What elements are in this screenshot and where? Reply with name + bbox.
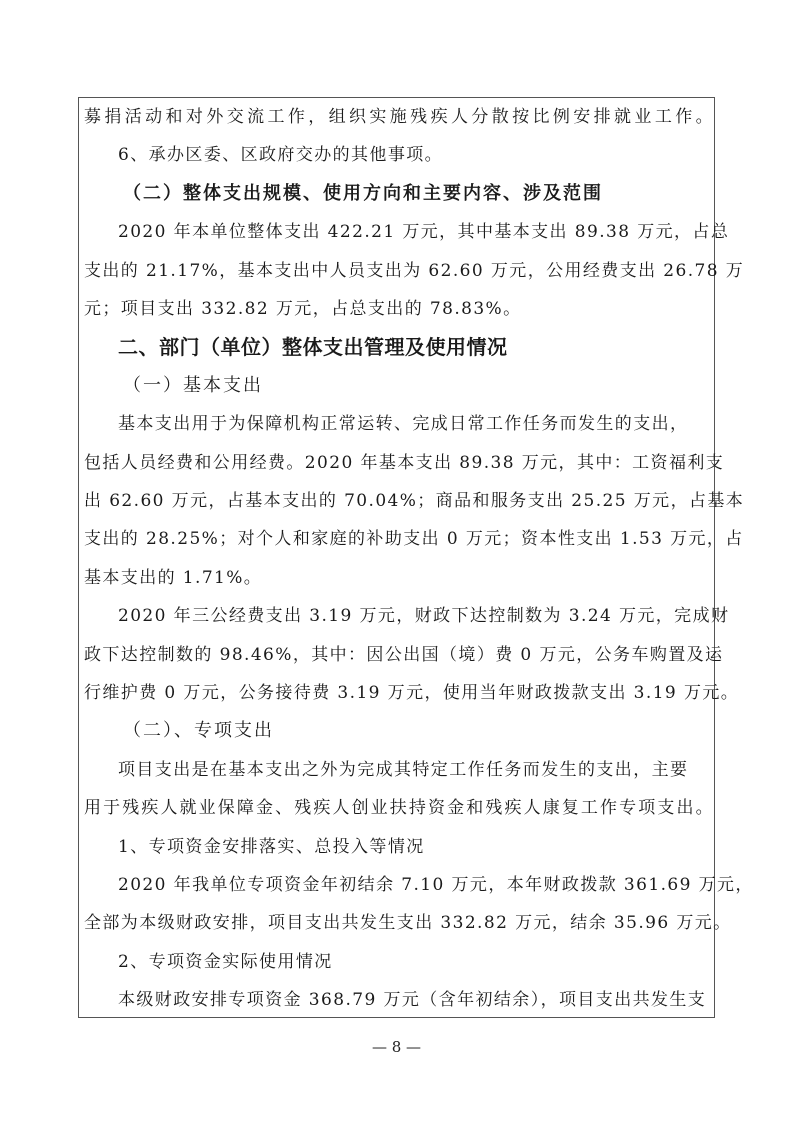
paragraph-line: 6、承办区委、区政府交办的其他事项。 — [118, 144, 748, 166]
paragraph-line: 2020 年我单位专项资金年初结余 7.10 万元，本年财政拨款 361.69 … — [118, 874, 748, 896]
paragraph-line: 项目支出是在基本支出之外为完成其特定工作任务而发生的支出，主要 — [118, 759, 748, 781]
page-number: — 8 — — [0, 1038, 793, 1056]
paragraph-line: 募捐活动和对外交流工作，组织实施残疾人分散按比例安排就业工作。 — [84, 106, 714, 128]
paragraph-line: 支出的 21.17%，基本支出中人员支出为 62.60 万元，公用经费支出 26… — [84, 260, 714, 282]
paragraph-line: 2、专项资金实际使用情况 — [118, 951, 748, 973]
paragraph-line: 政下达控制数的 98.46%，其中：因公出国（境）费 0 万元，公务车购置及运 — [84, 644, 714, 666]
paragraph-line: 元；项目支出 332.82 万元，占总支出的 78.83%。 — [84, 298, 714, 320]
paragraph-line: 1、专项资金安排落实、总投入等情况 — [118, 836, 748, 858]
paragraph-line: 支出的 28.25%；对个人和家庭的补助支出 0 万元；资本性支出 1.53 万… — [84, 528, 714, 550]
subsection-heading: （二）整体支出规模、使用方向和主要内容、涉及范围 — [123, 183, 753, 205]
paragraph-line: 2020 年本单位整体支出 422.21 万元，其中基本支出 89.38 万元，… — [118, 221, 748, 243]
paragraph-line: 行维护费 0 万元，公务接待费 3.19 万元，使用当年财政拨款支出 3.19 … — [84, 682, 714, 704]
section-heading: 二、部门（单位）整体支出管理及使用情况 — [118, 336, 748, 358]
paragraph-line: 本级财政安排专项资金 368.79 万元（含年初结余），项目支出共发生支 — [118, 989, 748, 1011]
paragraph-line: 全部为本级财政安排，项目支出共发生支出 332.82 万元，结余 35.96 万… — [84, 912, 714, 934]
paragraph-line: 出 62.60 万元，占基本支出的 70.04%；商品和服务支出 25.25 万… — [84, 490, 714, 512]
subsection-heading: （二）、专项支出 — [123, 720, 753, 742]
paragraph-line: 基本支出用于为保障机构正常运转、完成日常工作任务而发生的支出， — [118, 413, 748, 435]
paragraph-line: 2020 年三公经费支出 3.19 万元，财政下达控制数为 3.24 万元，完成… — [118, 605, 748, 627]
paragraph-line: 基本支出的 1.71%。 — [84, 567, 714, 589]
paragraph-line: 用于残疾人就业保障金、残疾人创业扶持资金和残疾人康复工作专项支出。 — [84, 797, 714, 819]
paragraph-line: 包括人员经费和公用经费。2020 年基本支出 89.38 万元，其中：工资福利支 — [84, 452, 714, 474]
subsection-heading: （一）基本支出 — [123, 375, 753, 397]
